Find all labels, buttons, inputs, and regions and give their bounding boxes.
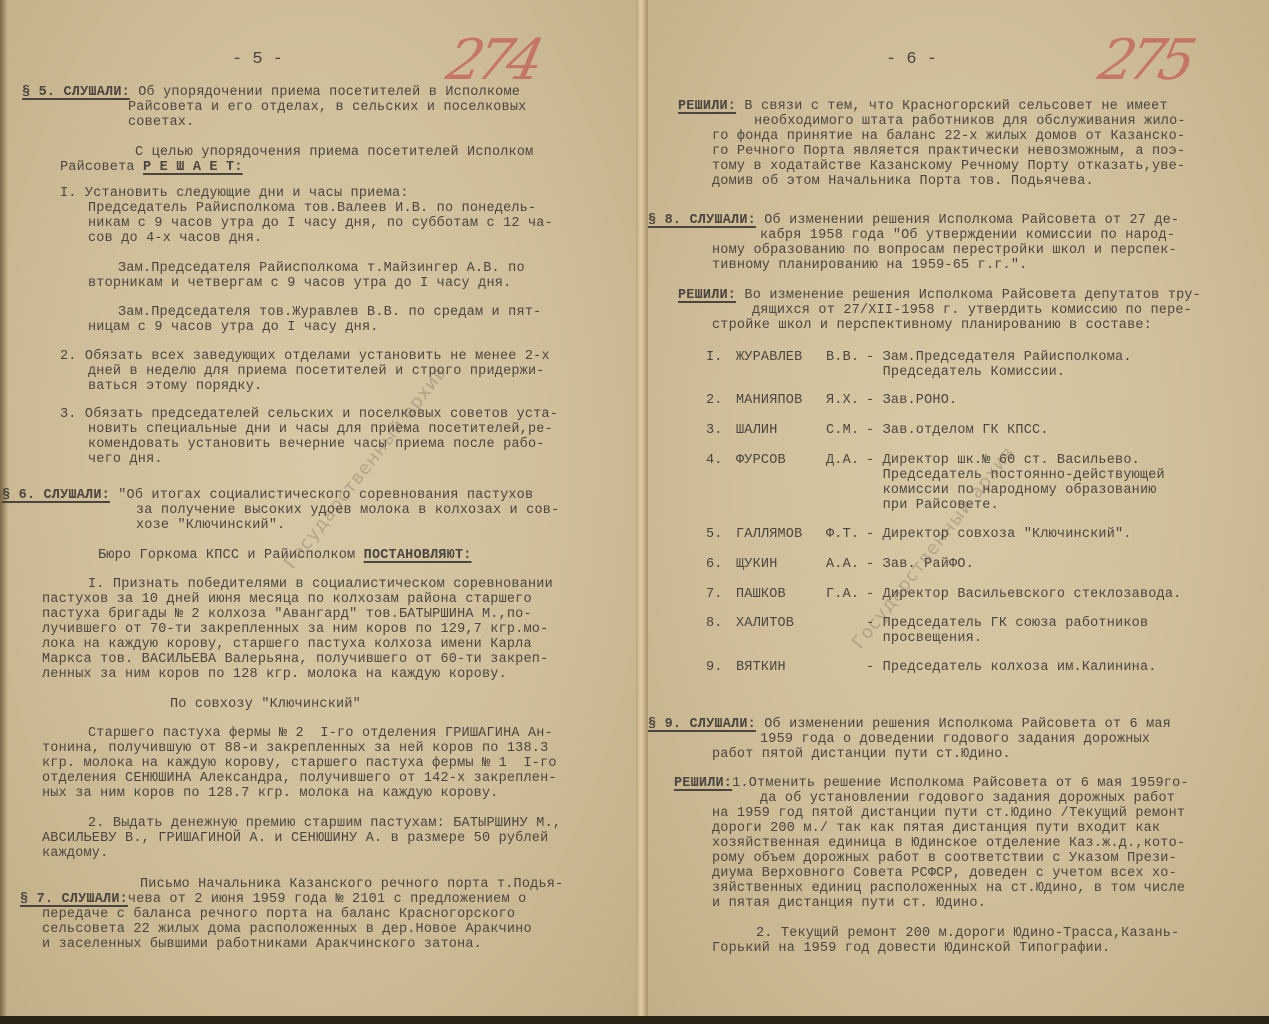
text-line: Председатель Райисполкома тов.Валеев И.В…	[88, 201, 536, 216]
resolution-keyword: ПОСТАНОВЛЯЮТ:	[364, 548, 472, 563]
member-role: при Райсовете.	[866, 498, 999, 513]
text-line: тивному планированию на 1959-65 г.г.".	[712, 258, 1027, 273]
member-name: ФУРСОВ	[736, 453, 786, 468]
text-line: I. Установить следующие дни и часы прием…	[60, 186, 409, 201]
text-line: 2. Текущий ремонт 200 м.дороги Юдино-Тра…	[756, 926, 1179, 941]
text-line: зяйственных единиц расположенных на ст.Ю…	[712, 881, 1185, 896]
line-text: и заселенных бывшими работниками Аракчин…	[42, 937, 482, 952]
text-line: С целью упорядочения приема посетителей …	[135, 145, 533, 160]
line-text: 2. Выдать денежную премию старшим пастух…	[88, 816, 561, 831]
text-line: § 7. СЛУШАЛИ:чева от 2 июня 1959 года № …	[20, 892, 526, 907]
line-text: тивному планированию на 1959-65 г.г.".	[712, 258, 1027, 273]
text-line: за получение высоких удоев молока в колх…	[136, 503, 559, 518]
text-line: I. Признать победителями в социалистичес…	[88, 577, 553, 592]
text-line: стройке школ и перспективному планирован…	[712, 318, 1152, 333]
member-name: ХАЛИТОВ	[736, 616, 794, 631]
member-initials: А.А.	[826, 557, 859, 572]
line-text: С целью упорядочения приема посетителей …	[135, 145, 533, 160]
line-text: I. Признать победителями в социалистичес…	[88, 577, 553, 592]
folio-number: 274	[441, 28, 544, 93]
section-heading: § 6. СЛУШАЛИ:	[2, 488, 110, 503]
line-text: кгр. молока на каждую корову, старшего п…	[42, 756, 557, 771]
text-line: на 1959 год пятой дистанции пути ст.Юдин…	[712, 806, 1185, 821]
member-name: МАНИЯПОВ	[736, 393, 802, 408]
line-text: зяйственных единиц расположенных на ст.Ю…	[712, 881, 1185, 896]
line-text: Зам.Председателя тов.Журавлев В.В. по ср…	[118, 305, 541, 320]
book-spine	[636, 0, 648, 1024]
line-text: Маркса тов. ВАСИЛЬЕВА Валерьяна, получив…	[42, 652, 548, 667]
line-text: го фонда принятие на баланс 22-х жилых д…	[712, 129, 1185, 144]
line-text: комендовать установить вечерние часы при…	[88, 437, 545, 452]
line-text: ваться этому порядку.	[88, 379, 262, 394]
section-heading: РЕШИЛИ:	[678, 288, 736, 303]
member-number: I.	[706, 350, 723, 365]
text-line: го фонда принятие на баланс 22-х жилых д…	[712, 129, 1185, 144]
section-heading: § 5. СЛУШАЛИ:	[22, 85, 130, 100]
member-name: ГАЛЛЯМОВ	[736, 527, 802, 542]
line-text: Зам.Председателя Райисполкома т.Майзинге…	[118, 261, 525, 276]
text-line: § 6. СЛУШАЛИ: "Об итогах социалистическо…	[2, 488, 533, 503]
text-line: домив об этом Начальника Порта тов. Подь…	[712, 174, 1094, 189]
line-text: советах.	[128, 115, 194, 130]
line-text: Письмо Начальника Казанского речного пор…	[140, 877, 563, 892]
text-line: § 9. СЛУШАЛИ: Об изменении решения Испол…	[648, 717, 1171, 732]
text-line: ленных за ним коров по 128 кгр. молока н…	[42, 667, 507, 682]
member-initials: В.В.	[826, 350, 859, 365]
section-heading: РЕШИЛИ:	[674, 776, 732, 791]
text-line: АВСИЛЬЕВУ В., ГРИШАГИНОЙ А. и СЕНЮШИНУ А…	[42, 831, 548, 846]
line-text: ных за ним коров по 128.7 кгр. молока на…	[42, 786, 499, 801]
member-number: 3.	[706, 423, 723, 438]
text-line: каждому.	[42, 846, 108, 861]
text-line: Зам.Председателя Райисполкома т.Майзинге…	[118, 261, 525, 276]
line-text: диума Верховного Совета РСФСР, доведен с…	[712, 866, 1177, 881]
text-line: тому в ходатайстве Казанскому Речному По…	[712, 159, 1185, 174]
text-line: го Речного Порта является практически не…	[712, 144, 1185, 159]
member-role: Председатель Комиссии.	[866, 365, 1065, 380]
line-text: Старшего пастуха фермы № 2 I-го отделени…	[88, 726, 553, 741]
section-heading: § 9. СЛУШАЛИ:	[648, 717, 756, 732]
text-line: По совхозу "Ключинский"	[170, 697, 361, 712]
member-role: - Зам.Председателя Райисполкома.	[866, 350, 1132, 365]
line-text: Во изменение решения Исполкома Райсовета…	[736, 288, 1201, 303]
member-name: ШАЛИН	[736, 423, 778, 438]
text-line: ницам с 9 часов утра до I часу дня.	[88, 320, 379, 335]
text-line: никам с 9 часов утра до I часу дня, по с…	[88, 216, 553, 231]
page-edge	[0, 0, 8, 1024]
member-role: - Зав. РайФО.	[866, 557, 974, 572]
text-line: 2. Выдать денежную премию старшим пастух…	[88, 816, 561, 831]
text-line: Маркса тов. ВАСИЛЬЕВА Валерьяна, получив…	[42, 652, 548, 667]
text-line: 1959 года о доведении годового задания д…	[760, 732, 1150, 747]
member-name: ПАШКОВ	[736, 587, 786, 602]
member-initials: Д.А.	[826, 453, 859, 468]
text-line: сельсовета 22 жилых дома расположенных в…	[42, 922, 532, 937]
text-line: РЕШИЛИ: Во изменение решения Исполкома Р…	[678, 288, 1201, 303]
left-page: - 5 - 274 Государственный архив § 5. СЛУ…	[0, 0, 638, 1024]
line-text: пастуха бригады № 2 колхоза "Авангард" т…	[42, 607, 532, 622]
text-line: кгр. молока на каждую корову, старшего п…	[42, 756, 557, 771]
line-text: дней в неделю для приема посетителей и с…	[88, 364, 545, 379]
text-line: дороги 200 м./ так как пятая дистанция п…	[712, 821, 1160, 836]
member-number: 7.	[706, 587, 723, 602]
line-text: тому в ходатайстве Казанскому Речному По…	[712, 159, 1185, 174]
line-text: Председатель Райисполкома тов.Валеев И.В…	[88, 201, 536, 216]
text-line: дней в неделю для приема посетителей и с…	[88, 364, 545, 379]
line-text: рому объем дорожных работ в соответствии…	[712, 851, 1177, 866]
line-text: лока на каждую корову, старшего пастуха …	[42, 637, 532, 652]
text-line: пастуха бригады № 2 колхоза "Авангард" т…	[42, 607, 532, 622]
member-role: - Председатель ГК союза работников	[866, 616, 1148, 631]
text-line: § 5. СЛУШАЛИ: Об упорядочении приема пос…	[22, 85, 520, 100]
text-line: отделения СЕНЮШИНА Александра, получивше…	[42, 771, 557, 786]
text-line: Бюро Горкома КПСС и Райисполком ПОСТАНОВ…	[98, 548, 472, 563]
text-line: ваться этому порядку.	[88, 379, 262, 394]
section-heading: § 8. СЛУШАЛИ:	[648, 213, 756, 228]
line-text: пастухов за 10 дней июня месяца по колхо…	[42, 592, 532, 607]
line-text: Райсовета и его отделах, в сельских и по…	[128, 100, 526, 115]
line-text: лучившего от 70-ти закрепленных за ним к…	[42, 622, 548, 637]
member-role: Председатель постоянно-действующей	[866, 468, 1165, 483]
folio-number: 275	[1093, 28, 1196, 93]
text-line: Зам.Председателя тов.Журавлев В.В. по ср…	[118, 305, 541, 320]
text-line: 3. Обязать председателей сельских и посе…	[60, 407, 558, 422]
line-text: домив об этом Начальника Порта тов. Подь…	[712, 174, 1094, 189]
text-line: необходимого штата работников для обслуж…	[754, 114, 1186, 129]
member-role: - Зав.отделом ГК КПСС.	[866, 423, 1049, 438]
text-line: работ пятой дистанции пути ст.Юдино.	[712, 747, 1011, 762]
line-text: чего дня.	[88, 452, 163, 467]
line-text: Бюро Горкома КПСС и Райисполком	[98, 548, 364, 563]
section-heading: § 7. СЛУШАЛИ:	[20, 892, 128, 907]
line-text: 1959 года о доведении годового задания д…	[760, 732, 1150, 747]
text-line: дящихся от 27/XII-1958 г. утвердить коми…	[752, 303, 1192, 318]
line-text: В связи с тем, что Красногорский сельсов…	[736, 99, 1168, 114]
member-name: ЖУРАВЛЕВ	[736, 350, 802, 365]
member-initials: Ф.Т.	[826, 527, 859, 542]
line-text: за получение высоких удоев молока в колх…	[136, 503, 559, 518]
line-text: кабря 1958 года "Об утверждении комиссии…	[760, 228, 1175, 243]
text-line: лока на каждую корову, старшего пастуха …	[42, 637, 532, 652]
line-text: сов до 4-х часов дня.	[88, 231, 262, 246]
member-role: - Председатель колхоза им.Калинина.	[866, 660, 1157, 675]
text-line: Райсовета Р Е Ш А Е Т:	[60, 160, 243, 175]
line-text: 2. Обязать всех заведующих отделами уста…	[60, 349, 550, 364]
line-text: никам с 9 часов утра до I часу дня, по с…	[88, 216, 553, 231]
line-text: новить специальные дни и часы для приема…	[88, 422, 553, 437]
line-text: го Речного Порта является практически не…	[712, 144, 1185, 159]
text-line: Старшего пастуха фермы № 2 I-го отделени…	[88, 726, 553, 741]
text-line: РЕШИЛИ:1.Отменить решение Исполкома Райс…	[674, 776, 1189, 791]
line-text: ленных за ним коров по 128 кгр. молока н…	[42, 667, 507, 682]
page-number: - 6 -	[886, 50, 937, 69]
member-initials: Г.А.	[826, 587, 859, 602]
line-text: необходимого штата работников для обслуж…	[754, 114, 1186, 129]
member-name: ВЯТКИН	[736, 660, 786, 675]
text-line: хозяйственная единица в Юдинское отделен…	[712, 836, 1185, 851]
member-initials: Я.Х.	[826, 393, 859, 408]
text-line: кабря 1958 года "Об утверждении комиссии…	[760, 228, 1175, 243]
member-role: комиссии по народному образованию	[866, 483, 1157, 498]
member-number: 2.	[706, 393, 723, 408]
right-page: - 6 - 275 Государственный архив РЕШИЛИ: …	[648, 0, 1269, 1024]
text-line: и заселенных бывшими работниками Аракчин…	[42, 937, 482, 952]
line-text: 1.Отменить решение Исполкома Райсовета о…	[732, 776, 1189, 791]
text-line: ному образованию по вопросам перестройки…	[712, 243, 1177, 258]
line-text: сельсовета 22 жилых дома расположенных в…	[42, 922, 532, 937]
page-number: - 5 -	[232, 50, 283, 69]
member-role: - Директор шк.№ 60 ст. Васильево.	[866, 453, 1140, 468]
text-line: Горький на 1959 год довести Юдинской Тип…	[712, 941, 1110, 956]
line-text: "Об итогах социалистического соревновани…	[110, 488, 533, 503]
line-text: ному образованию по вопросам перестройки…	[712, 243, 1177, 258]
watermark: Государственный архив	[280, 362, 451, 573]
text-line: рому объем дорожных работ в соответствии…	[712, 851, 1177, 866]
page-bottom-edge	[0, 1016, 1269, 1024]
text-line: Райсовета и его отделах, в сельских и по…	[128, 100, 526, 115]
text-line: чего дня.	[88, 452, 163, 467]
line-text: каждому.	[42, 846, 108, 861]
text-line: ных за ним коров по 128.7 кгр. молока на…	[42, 786, 499, 801]
section-heading: РЕШИЛИ:	[678, 99, 736, 114]
member-number: 5.	[706, 527, 723, 542]
line-text: 2. Текущий ремонт 200 м.дороги Юдино-Тра…	[756, 926, 1179, 941]
line-text: хозе "Ключинский".	[136, 518, 285, 533]
line-text: дящихся от 27/XII-1958 г. утвердить коми…	[752, 303, 1192, 318]
member-number: 6.	[706, 557, 723, 572]
line-text: стройке школ и перспективному планирован…	[712, 318, 1152, 333]
member-role: - Директор совхоза "Ключинский".	[866, 527, 1132, 542]
member-role: - Директор Васильевского стеклозавода.	[866, 587, 1181, 602]
member-name: ЩУКИН	[736, 557, 778, 572]
line-text: По совхозу "Ключинский"	[170, 697, 361, 712]
line-text: чева от 2 июня 1959 года № 2101 с предло…	[128, 892, 526, 907]
text-line: вторникам и четвергам с 9 часов утра до …	[88, 276, 511, 291]
text-line: и пятая дистанция пути ст. Юдино.	[712, 896, 986, 911]
text-line: 2. Обязать всех заведующих отделами уста…	[60, 349, 550, 364]
line-text: работ пятой дистанции пути ст.Юдино.	[712, 747, 1011, 762]
line-text: передаче с баланса речного порта на бала…	[42, 907, 515, 922]
line-text: Об изменении решения Исполкома Райсовета…	[756, 717, 1171, 732]
line-text: Об упорядочении приема посетителей в Исп…	[130, 85, 520, 100]
resolution-keyword: Р Е Ш А Е Т:	[143, 160, 243, 175]
text-line: лучившего от 70-ти закрепленных за ним к…	[42, 622, 548, 637]
line-text: хозяйственная единица в Юдинское отделен…	[712, 836, 1185, 851]
text-line: тонина, получившую от 88-и закрепленных …	[42, 741, 548, 756]
text-line: да об установлении годового задания доро…	[760, 791, 1175, 806]
line-text: да об установлении годового задания доро…	[760, 791, 1175, 806]
text-line: советах.	[128, 115, 194, 130]
text-line: новить специальные дни и часы для приема…	[88, 422, 553, 437]
line-text: Горький на 1959 год довести Юдинской Тип…	[712, 941, 1110, 956]
line-text: ницам с 9 часов утра до I часу дня.	[88, 320, 379, 335]
line-text: на 1959 год пятой дистанции пути ст.Юдин…	[712, 806, 1185, 821]
member-initials: С.М.	[826, 423, 859, 438]
line-text: отделения СЕНЮШИНА Александра, получивше…	[42, 771, 557, 786]
line-text: I. Установить следующие дни и часы прием…	[60, 186, 409, 201]
line-text: АВСИЛЬЕВУ В., ГРИШАГИНОЙ А. и СЕНЮШИНУ А…	[42, 831, 548, 846]
line-text: Об изменении решения Исполкома Райсовета…	[756, 213, 1179, 228]
line-text: и пятая дистанция пути ст. Юдино.	[712, 896, 986, 911]
text-line: комендовать установить вечерние часы при…	[88, 437, 545, 452]
line-text: вторникам и четвергам с 9 часов утра до …	[88, 276, 511, 291]
text-line: диума Верховного Совета РСФСР, доведен с…	[712, 866, 1177, 881]
text-line: сов до 4-х часов дня.	[88, 231, 262, 246]
member-number: 8.	[706, 616, 723, 631]
member-role: - Зав.РОНО.	[866, 393, 957, 408]
text-line: передаче с баланса речного порта на бала…	[42, 907, 515, 922]
text-line: Письмо Начальника Казанского речного пор…	[140, 877, 563, 892]
line-text: 3. Обязать председателей сельских и посе…	[60, 407, 558, 422]
member-number: 4.	[706, 453, 723, 468]
text-line: РЕШИЛИ: В связи с тем, что Красногорский…	[678, 99, 1168, 114]
line-text: тонина, получившую от 88-и закрепленных …	[42, 741, 548, 756]
member-number: 9.	[706, 660, 723, 675]
line-text: Райсовета	[60, 160, 143, 175]
member-role: просвещения.	[866, 631, 982, 646]
text-line: § 8. СЛУШАЛИ: Об изменении решения Испол…	[648, 213, 1179, 228]
line-text: дороги 200 м./ так как пятая дистанция п…	[712, 821, 1160, 836]
text-line: хозе "Ключинский".	[136, 518, 285, 533]
text-line: пастухов за 10 дней июня месяца по колхо…	[42, 592, 532, 607]
